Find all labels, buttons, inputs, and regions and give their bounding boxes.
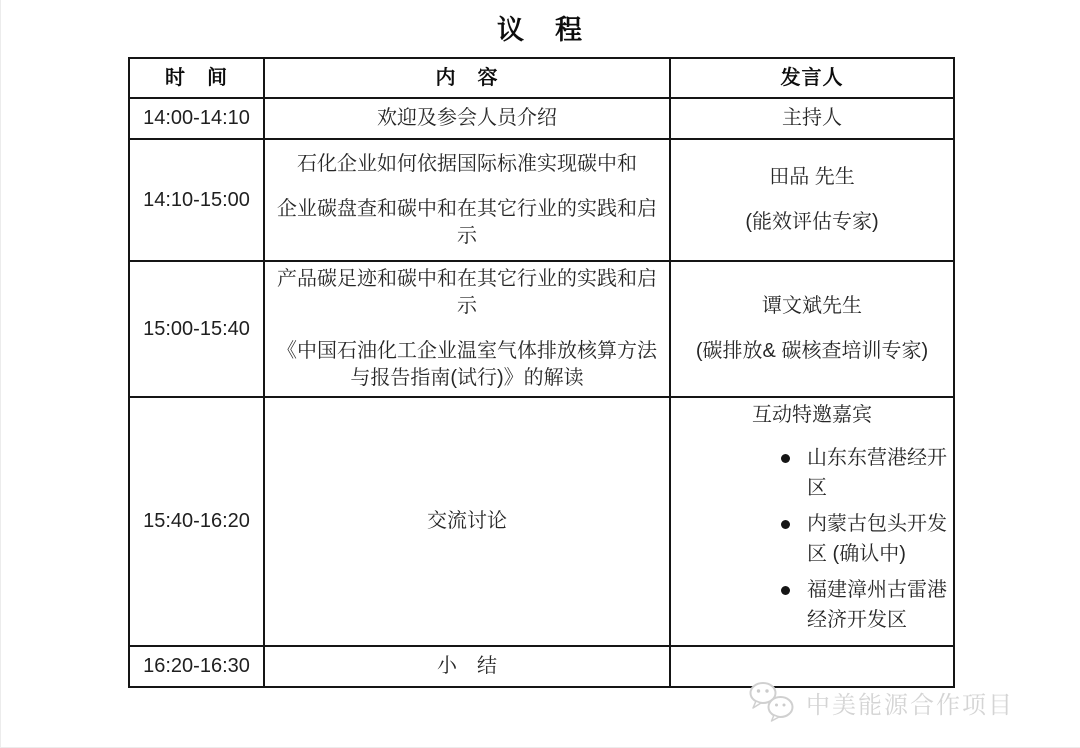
- speaker-cell: 互动特邀嘉宾 山东东营港经开区 内蒙古包头开发区 (确认中) 福建漳州古雷港经济…: [670, 397, 954, 646]
- speaker-cell: 主持人: [670, 98, 954, 139]
- time-cell: 14:00-14:10: [129, 98, 264, 139]
- bullet-icon: [781, 520, 790, 529]
- content-cell: 欢迎及参会人员介绍: [264, 98, 670, 139]
- col-header-speaker: 发言人: [670, 58, 954, 98]
- content-cell: 产品碳足迹和碳中和在其它行业的实践和启示 《中国石油化工企业温室气体排放核算方法…: [264, 261, 670, 397]
- col-header-content: 内 容: [264, 58, 670, 98]
- content-cell: 交流讨论: [264, 397, 670, 646]
- content-cell: 小 结: [264, 646, 670, 687]
- content-text: 石化企业如何依据国际标准实现碳中和: [273, 151, 661, 178]
- speaker-title: (能效评估专家): [679, 209, 945, 236]
- bullet-icon: [781, 454, 790, 463]
- agenda-table: 时 间 内 容 发言人 14:00-14:10 欢迎及参会人员介绍 主持人 14…: [128, 57, 955, 688]
- speaker-cell: 谭文斌先生 (碳排放& 碳核查培训专家): [670, 261, 954, 397]
- guest-list: 山东东营港经开区 内蒙古包头开发区 (确认中) 福建漳州古雷港经济开发区: [771, 443, 945, 635]
- time-cell: 15:40-16:20: [129, 397, 264, 646]
- list-item: 福建漳州古雷港经济开发区: [771, 575, 957, 635]
- time-cell: 14:10-15:00: [129, 139, 264, 261]
- content-text: 产品碳足迹和碳中和在其它行业的实践和启示: [273, 266, 661, 320]
- table-row: 15:00-15:40 产品碳足迹和碳中和在其它行业的实践和启示 《中国石油化工…: [129, 261, 954, 397]
- page-title: 议 程: [1, 8, 1080, 47]
- col-header-time: 时 间: [129, 58, 264, 98]
- speaker-name: 田品 先生: [679, 164, 945, 191]
- content-text: 小 结: [273, 653, 661, 680]
- content-cell: 石化企业如何依据国际标准实现碳中和 企业碳盘查和碳中和在其它行业的实践和启示: [264, 139, 670, 261]
- watermark-text: 中美能源合作项目: [806, 685, 1014, 720]
- time-cell: 15:00-15:40: [129, 261, 264, 397]
- content-text: 《中国石油化工企业温室气体排放核算方法与报告指南(试行)》的解读: [273, 338, 661, 392]
- list-item: 山东东营港经开区: [771, 443, 957, 503]
- wechat-icon: [748, 680, 796, 724]
- guest-heading: 互动特邀嘉宾: [679, 402, 945, 429]
- table-row: 14:10-15:00 石化企业如何依据国际标准实现碳中和 企业碳盘查和碳中和在…: [129, 139, 954, 261]
- content-text: 交流讨论: [273, 508, 661, 535]
- speaker-text: 主持人: [679, 105, 945, 132]
- speaker-title: (碳排放& 碳核查培训专家): [679, 338, 945, 365]
- content-text: 企业碳盘查和碳中和在其它行业的实践和启示: [273, 196, 661, 250]
- guest-text: 山东东营港经开区: [807, 447, 947, 499]
- bullet-icon: [781, 586, 790, 595]
- table-row: 14:00-14:10 欢迎及参会人员介绍 主持人: [129, 98, 954, 139]
- watermark: 中美能源合作项目: [748, 680, 1014, 724]
- content-text: 欢迎及参会人员介绍: [273, 105, 661, 132]
- speaker-cell: 田品 先生 (能效评估专家): [670, 139, 954, 261]
- list-item: 内蒙古包头开发区 (确认中): [771, 509, 957, 569]
- page: { "page": { "title": "议 程" }, "table": {…: [0, 0, 1080, 748]
- guest-text: 内蒙古包头开发区 (确认中): [807, 513, 947, 565]
- header-row: 时 间 内 容 发言人: [129, 58, 954, 98]
- speaker-name: 谭文斌先生: [679, 293, 945, 320]
- time-cell: 16:20-16:30: [129, 646, 264, 687]
- table-row: 15:40-16:20 交流讨论 互动特邀嘉宾 山东东营港经开区 内蒙古包头开发…: [129, 397, 954, 646]
- guest-text: 福建漳州古雷港经济开发区: [807, 579, 947, 631]
